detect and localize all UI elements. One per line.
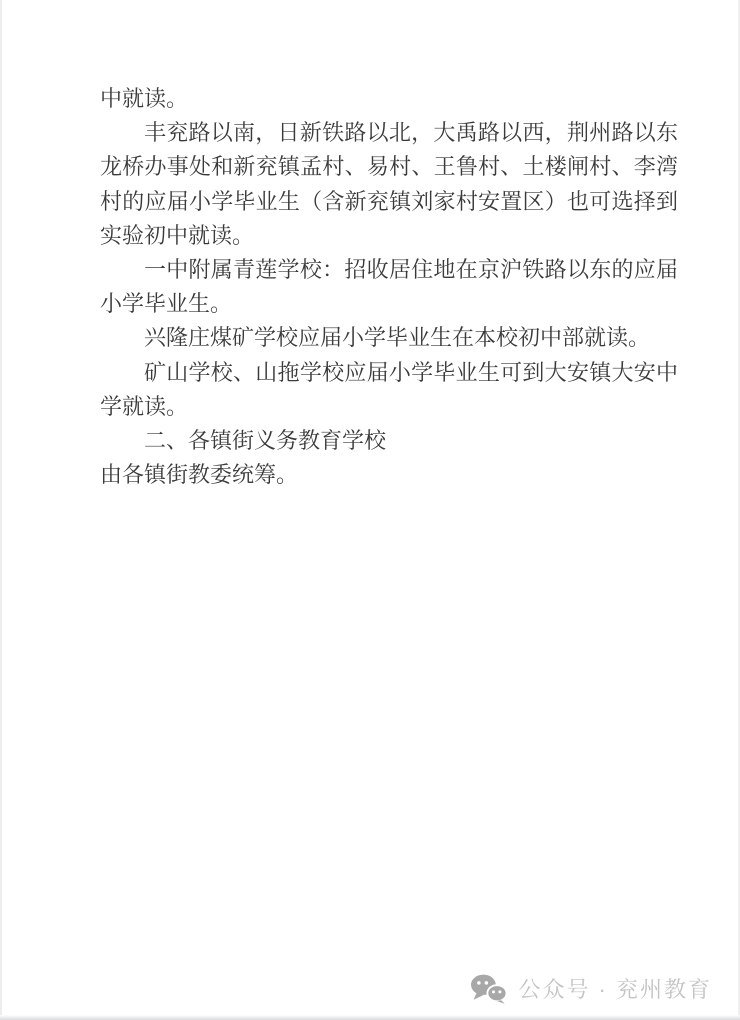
text-line: 兴隆庄煤矿学校应届小学毕业生在本校初中部就读。 [100,321,678,355]
text-line: 龙桥办事处和新兖镇孟村、易村、王鲁村、土楼闸村、李湾 [100,150,678,184]
text-line: 由各镇街教委统筹。 [100,458,678,492]
text-line: 中就读。 [100,82,678,116]
text-line: 二、各镇街义务教育学校 [100,424,678,458]
watermark-label: 公众号 · 兖州教育 [518,973,712,1004]
page-bottom-edge [0,1015,740,1020]
wechat-icon [470,974,508,1004]
text-line: 小学毕业生。 [100,287,678,321]
document-page: 中就读。丰兖路以南，日新铁路以北，大禹路以西，荆州路以东龙桥办事处和新兖镇孟村、… [0,0,740,1020]
text-line: 矿山学校、山拖学校应届小学毕业生可到大安镇大安中 [100,356,678,390]
watermark: 公众号 · 兖州教育 [470,973,712,1004]
text-line: 学就读。 [100,390,678,424]
page-left-edge [0,0,2,1020]
text-line: 丰兖路以南，日新铁路以北，大禹路以西，荆州路以东 [100,116,678,150]
text-line: 村的应届小学毕业生（含新兖镇刘家村安置区）也可选择到 [100,185,678,219]
text-line: 实验初中就读。 [100,219,678,253]
text-line: 一中附属青莲学校：招收居住地在京沪铁路以东的应届 [100,253,678,287]
document-text: 中就读。丰兖路以南，日新铁路以北，大禹路以西，荆州路以东龙桥办事处和新兖镇孟村、… [100,82,678,492]
